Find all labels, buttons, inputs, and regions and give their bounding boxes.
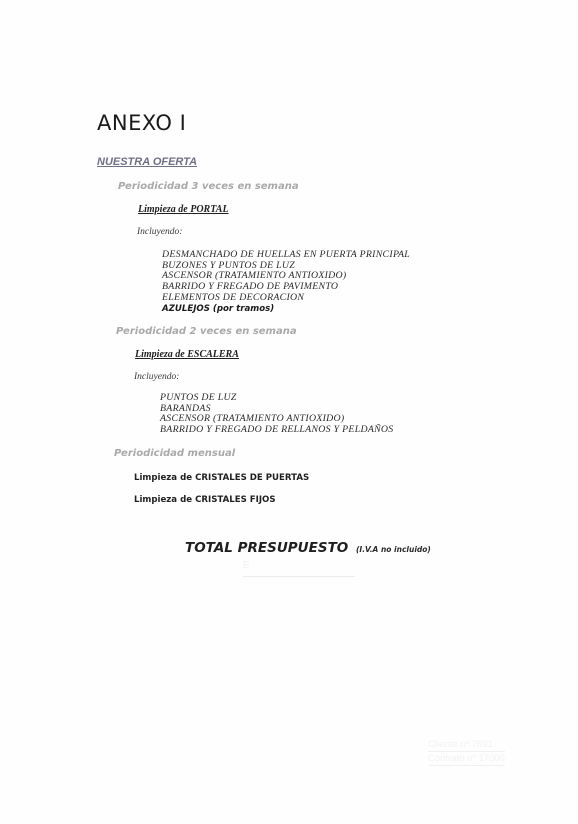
list-item: BARRIDO Y FREGADO DE RELLANOS Y PELDAÑOS xyxy=(160,425,394,436)
list-item: ELEMENTOS DE DECORACION xyxy=(162,293,410,304)
client-number: Cliente nº 7691 xyxy=(428,738,505,752)
contract-number: Contrato nº 17000 xyxy=(428,752,505,766)
list-item-highlight: AZULEJOS (por tramos) xyxy=(162,304,410,315)
total-label: TOTAL PRESUPUESTO xyxy=(185,540,348,556)
service-door-glass: Limpieza de CRISTALES DE PUERTAS xyxy=(134,473,309,483)
periodicity-2-weekly: Periodicidad 2 veces en semana xyxy=(116,326,297,337)
offer-heading: NUESTRA OFERTA xyxy=(97,156,197,168)
vat-note: (I.V.A no incluido) xyxy=(356,545,431,554)
total-amount-field: E xyxy=(243,560,355,577)
service-staircase: Limpieza de ESCALERA xyxy=(135,349,239,360)
periodicity-3-weekly: Periodicidad 3 veces en semana xyxy=(118,181,299,192)
total-budget: TOTAL PRESUPUESTO (I.V.A no incluido) xyxy=(185,540,431,556)
including-label: Incluyendo: xyxy=(137,227,182,237)
client-stamp: Cliente nº 7691 Contrato nº 17000 xyxy=(428,738,505,766)
portal-items-list: DESMANCHADO DE HUELLAS EN PUERTA PRINCIP… xyxy=(162,250,410,314)
document-page: ANEXO I NUESTRA OFERTA Periodicidad 3 ve… xyxy=(0,0,578,824)
service-fixed-glass: Limpieza de CRISTALES FIJOS xyxy=(134,495,276,505)
including-label: Incluyendo: xyxy=(134,372,179,382)
service-portal: Limpieza de PORTAL xyxy=(138,204,229,215)
periodicity-monthly: Periodicidad mensual xyxy=(114,448,235,459)
staircase-items-list: PUNTOS DE LUZ BARANDAS ASCENSOR (TRATAMI… xyxy=(160,393,394,436)
annex-title: ANEXO I xyxy=(97,111,186,135)
